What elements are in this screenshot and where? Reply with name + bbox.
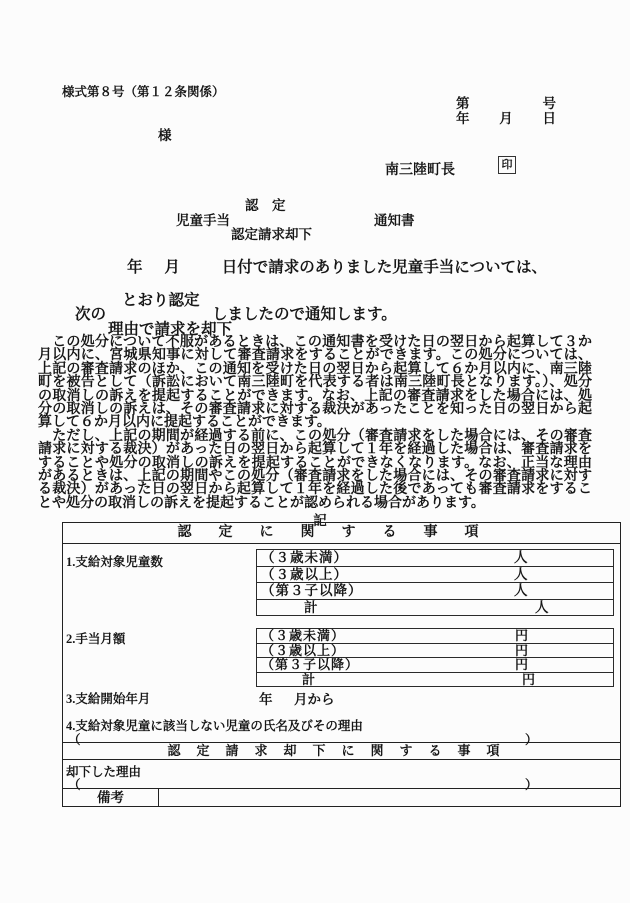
item4-label: 4.支給対象児童に該当しない児童の氏名及びその理由 — [66, 716, 363, 734]
date-month-label: 月 — [499, 107, 513, 127]
section1-header: 認定に関する事項 — [63, 523, 620, 544]
intro-year-label: 年 — [127, 259, 143, 276]
date-year-label: 年 — [456, 107, 470, 127]
row-label: （第３子以降） — [261, 658, 359, 672]
table-row-total: 計 人 — [257, 599, 613, 616]
seal-mark: 印 — [498, 156, 516, 174]
intro-request-text: 日付で請求のありました児童手当については、 — [222, 259, 547, 276]
child-count-table: （３歳未満） 人 （３歳以上） 人 （第３子以降） 人 計 人 — [256, 549, 614, 616]
title-option-approved: 認 定 — [245, 194, 286, 214]
row-unit: 人 — [514, 550, 529, 566]
intro-month-label: 月 — [164, 259, 180, 276]
item2-label: 2.手当月額 — [66, 629, 125, 647]
issuer-name: 南三陸町長 — [385, 159, 455, 179]
notification-form-page: 様式第８号（第１２条関係） 第 号 年 月 日 様 南三陸町長 印 認 定 児童… — [0, 0, 630, 903]
item3-year-label: 年 — [259, 688, 273, 708]
table-row: （３歳以上） 人 — [257, 566, 613, 583]
title-subject: 児童手当 — [176, 209, 230, 229]
appeal-notice: この処分について不服があるときは、この通知書を受けた日の翌日から起算して３か月以… — [38, 336, 592, 510]
date-day-label: 日 — [543, 107, 557, 127]
row-unit: 円 — [515, 658, 529, 672]
table-row: （３歳未満） 円 — [257, 629, 613, 643]
row-unit: 人 — [514, 583, 529, 599]
table-row: （３歳以上） 円 — [257, 643, 613, 658]
monthly-amount-table: （３歳未満） 円 （３歳以上） 円 （第３子以降） 円 計 円 — [256, 628, 614, 687]
table-row-total: 計 円 — [257, 672, 613, 687]
table-row: （第３子以降） 円 — [257, 657, 613, 672]
row-unit: 人 — [535, 600, 550, 616]
intro-next-prefix: 次の — [75, 302, 106, 324]
title-option-rejected: 認定請求却下 — [231, 223, 312, 243]
row-label: （３歳未満） — [261, 629, 345, 643]
table-row: （３歳未満） 人 — [257, 550, 613, 566]
section1-body: 1.支給対象児童数 （３歳未満） 人 （３歳以上） 人 （第３子以降） 人 計 … — [63, 544, 620, 742]
details-table: 認定に関する事項 1.支給対象児童数 （３歳未満） 人 （３歳以上） 人 （第３… — [62, 522, 621, 807]
appeal-paragraph-1: この処分について不服があるときは、この通知書を受けた日の翌日から起算して３か月以… — [38, 336, 592, 430]
row-label: 計 — [304, 600, 319, 616]
issue-date-line: 年 月 日 — [456, 107, 556, 127]
rejection-reason-cell: 却下した理由 （ ） — [63, 760, 620, 788]
appeal-paragraph-2: ただし、上記の期間が経過する前に、この処分（審査請求をした場合には、その審査請求… — [38, 430, 592, 510]
intro-option-approved: とおり認定 — [122, 288, 200, 310]
row-label: 計 — [302, 673, 316, 687]
form-number: 様式第８号（第１２条関係） — [62, 82, 225, 100]
intro-closing: しましたので通知します。 — [212, 302, 397, 324]
title-suffix: 通知書 — [374, 209, 415, 229]
intro-date-line: 年 月 日付で請求のありました児童手当については、 — [127, 255, 547, 277]
item3-label: 3.支給開始年月 — [66, 689, 150, 707]
item4-paren-close: ） — [525, 730, 538, 748]
rejection-paren-close: ） — [525, 775, 538, 793]
item4-paren-open: （ — [68, 730, 81, 748]
table-row: （第３子以降） 人 — [257, 582, 613, 599]
row-label: （第３子以降） — [261, 583, 363, 599]
item1-label: 1.支給対象児童数 — [66, 552, 163, 570]
row-label: （３歳未満） — [261, 550, 348, 566]
remarks-value-cell — [159, 789, 620, 806]
rejection-paren-open: （ — [68, 775, 81, 793]
addressee-honorific: 様 — [158, 124, 172, 144]
item3-month-label: 月から — [294, 688, 335, 708]
row-unit: 人 — [514, 567, 529, 583]
row-unit: 円 — [515, 644, 529, 658]
row-label: （３歳以上） — [261, 644, 345, 658]
row-unit: 円 — [515, 629, 529, 643]
row-label: （３歳以上） — [261, 567, 348, 583]
row-unit: 円 — [522, 673, 536, 687]
